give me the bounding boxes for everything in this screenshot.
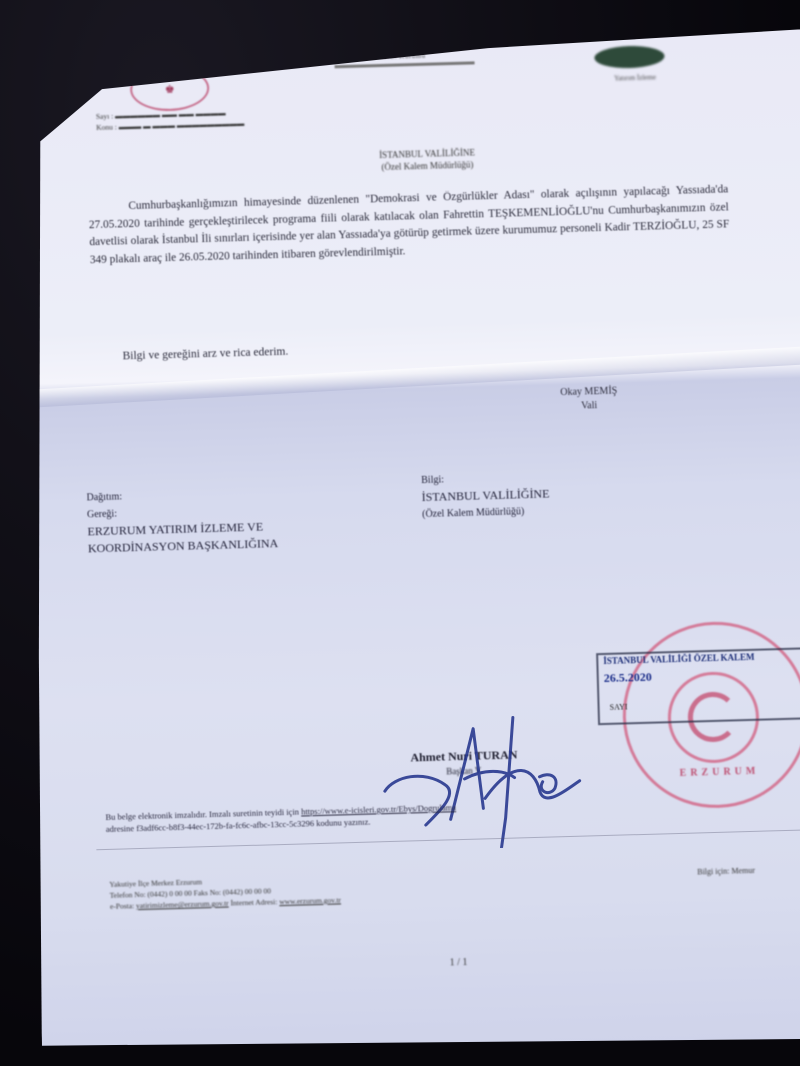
closing-line: Bilgi ve gereğini arz ve rica ederim. bbox=[122, 346, 288, 363]
reference-block: Sayı : ▬▬▬▬▬▬ ▬▬ ▬▬ ▬▬▬▬ Konu : ▬▬▬ ▬ ▬▬… bbox=[96, 107, 245, 133]
konu-label: Konu bbox=[96, 122, 113, 131]
email-label: e-Posta: bbox=[110, 901, 134, 911]
governor-signature-block: Okay MEMİŞ Vali bbox=[534, 384, 645, 415]
verify-code: f3adf6cc-b8f3-44ec-172b-fa-fc6c-afbc-13c… bbox=[136, 818, 314, 833]
email-link[interactable]: yatirimizleme@erzurum.gov.tr bbox=[136, 899, 229, 911]
center-logo-rule bbox=[335, 61, 475, 68]
web-label: İnternet Adresi: bbox=[230, 897, 277, 907]
sayi-label: Sayı bbox=[96, 112, 110, 121]
body-text: Cumhurbaşkanlığımızın himayesinde düzenl… bbox=[89, 183, 730, 265]
verify-prefix: adresine bbox=[106, 823, 135, 834]
received-stamp-number: SAYI bbox=[609, 702, 627, 711]
page-number: 1 / 1 bbox=[450, 957, 468, 968]
right-logo-text: Yatırım İzleme bbox=[590, 73, 680, 84]
organization-emblem-icon bbox=[594, 45, 665, 69]
handwritten-signature-icon bbox=[362, 695, 596, 851]
verify-suffix: kodunu yazınız. bbox=[316, 817, 371, 829]
governor-title: Vali bbox=[534, 398, 644, 415]
document-page: ♚ T.C. Kurumu Yatırım İzleme Sayı : ▬▬▬▬… bbox=[14, 29, 800, 1061]
contact-info: Bilgi için: Memur bbox=[697, 866, 755, 877]
distribution-block: Dağıtım: Gereği: ERZURUM YATIRIM İZLEME … bbox=[86, 484, 278, 557]
footer-address: Yakutiye İlçe Merkez Erzurum Telefon No:… bbox=[109, 872, 341, 911]
web-link[interactable]: www.erzurum.gov.tr bbox=[279, 895, 341, 906]
bilgi-line2: (Özel Kalem Müdürlüğü) bbox=[422, 502, 550, 523]
bilgi-line1: İSTANBUL VALİLİĞİNE bbox=[421, 485, 549, 506]
body-paragraph: Cumhurbaşkanlığımızın himayesinde düzenl… bbox=[88, 181, 730, 269]
info-block: Bilgi: İSTANBUL VALİLİĞİNE (Özel Kalem M… bbox=[421, 468, 550, 523]
recipient: İSTANBUL VALİLİĞİNE (Özel Kalem Müdürlüğ… bbox=[317, 145, 538, 175]
received-stamp-date: 26.5.2020 bbox=[604, 670, 652, 686]
